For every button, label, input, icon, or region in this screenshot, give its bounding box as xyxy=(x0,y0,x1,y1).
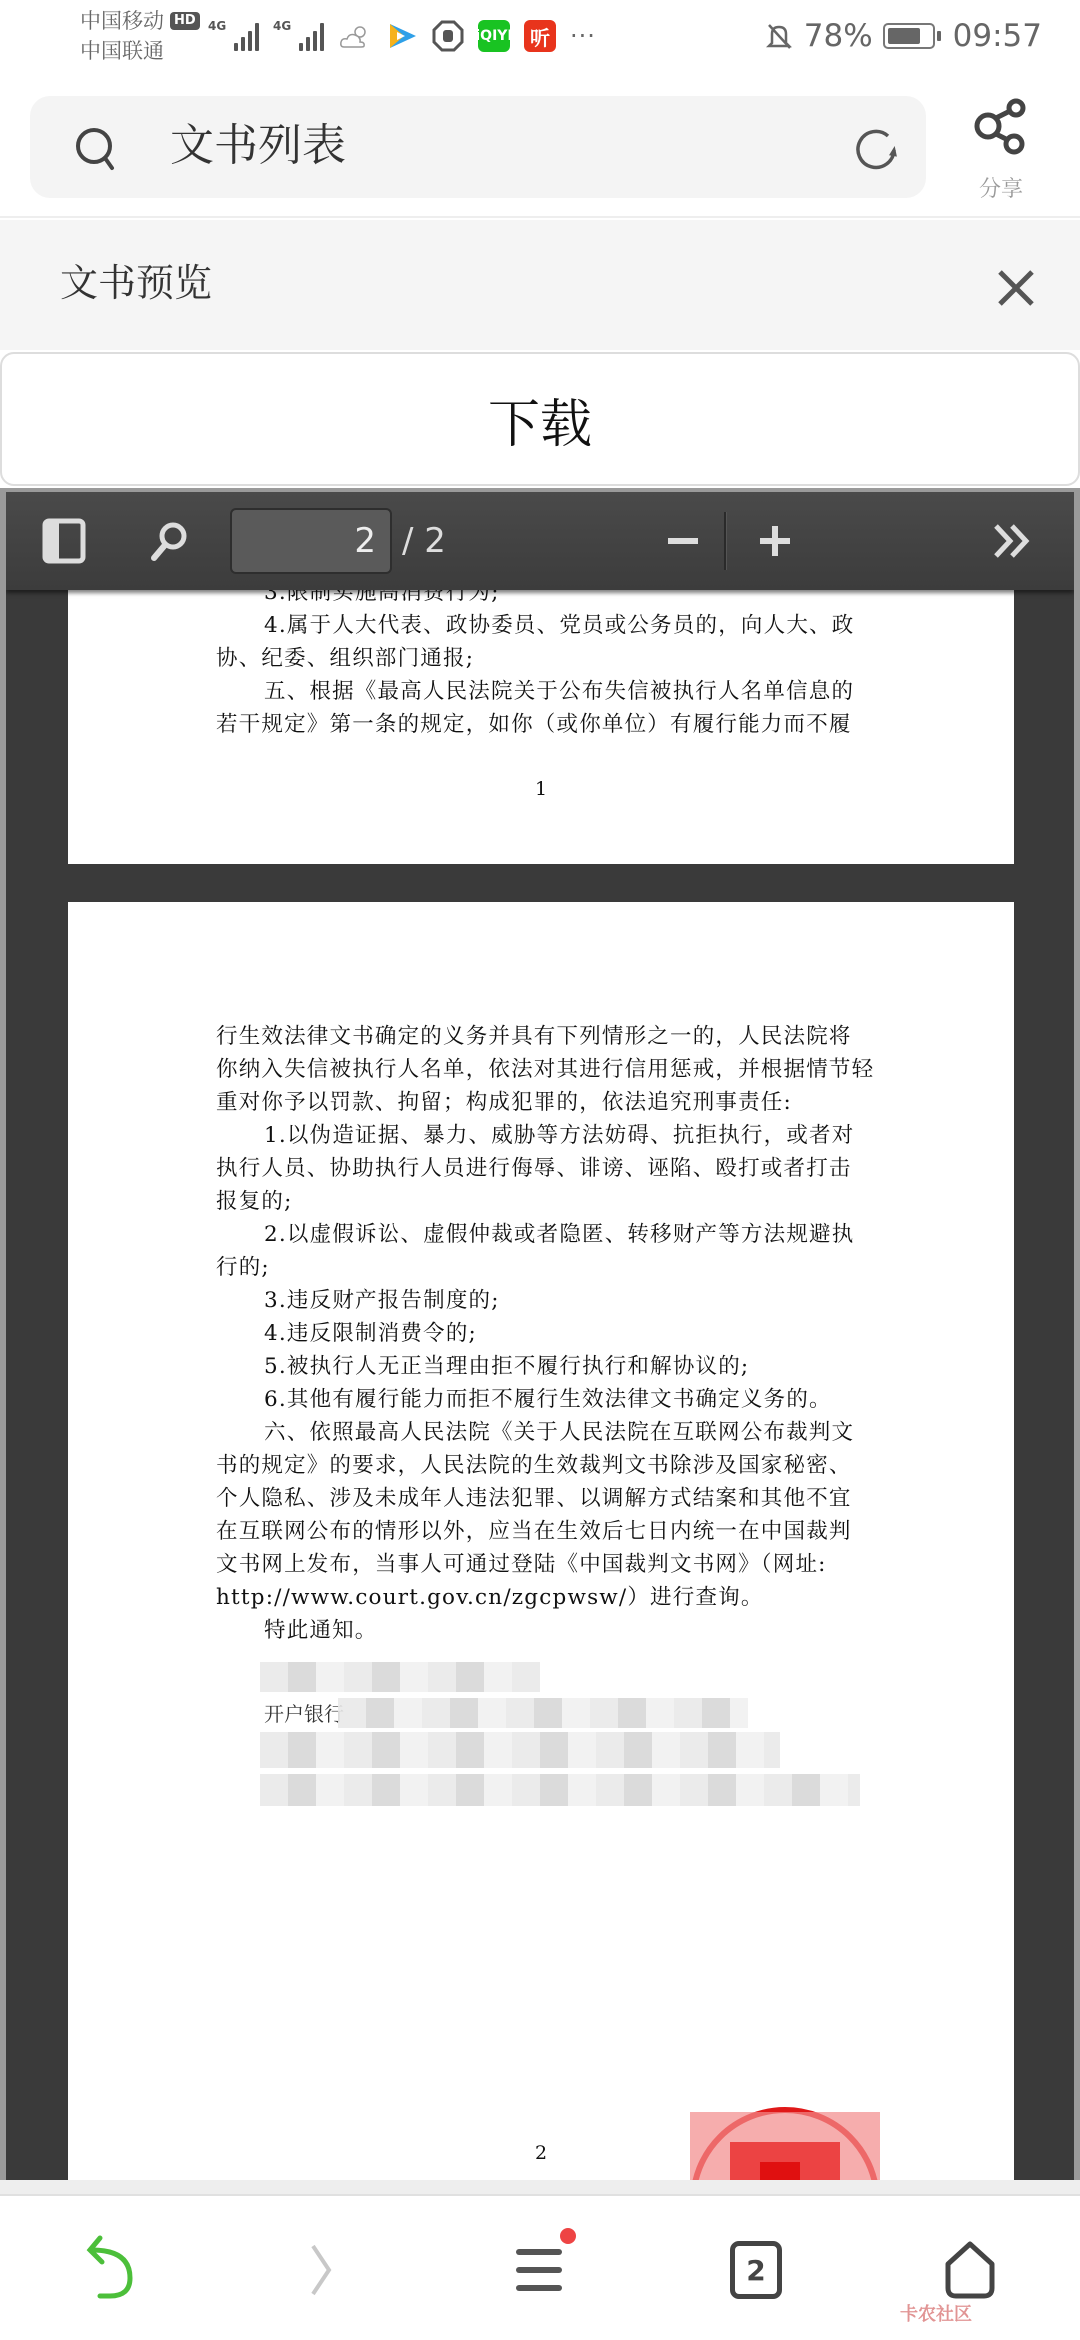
share-label: 分享 xyxy=(960,172,1042,203)
menu-button[interactable] xyxy=(504,2234,576,2306)
doc-line: 行的; xyxy=(216,1251,880,1284)
signal-2-icon: 4G xyxy=(273,21,324,51)
search-icon xyxy=(70,122,122,174)
doc-line: 在互联网公布的情形以外，应当在生效后七日内统一在中国裁判 xyxy=(216,1515,880,1548)
download-button[interactable]: 下载 xyxy=(0,352,1080,486)
hd-badge: HD xyxy=(170,12,200,30)
doc-line: 执行人员、协助执行人员进行侮辱、诽谤、诬陷、殴打或者打击 xyxy=(216,1152,880,1185)
page-total: / 2 xyxy=(402,510,446,572)
ting-icon: 听 xyxy=(524,20,556,52)
forward-button[interactable] xyxy=(286,2234,358,2306)
notification-dot xyxy=(560,2228,576,2244)
doc-line: http://www.court.gov.cn/zgcpwsw/）进行查询。 xyxy=(216,1581,880,1614)
tabs-button[interactable]: 2 xyxy=(720,2234,792,2306)
reload-button[interactable] xyxy=(850,124,902,176)
minus-icon xyxy=(660,518,706,564)
signal-1-icon: 4G xyxy=(208,21,259,51)
share-icon xyxy=(972,96,1030,158)
back-arrow-icon xyxy=(78,2234,138,2306)
double-chevron-right-icon xyxy=(990,518,1036,564)
doc-line: 5.被执行人无正当理由拒不履行执行和解协议的; xyxy=(216,1350,880,1383)
plus-icon xyxy=(752,518,798,564)
close-icon[interactable] xyxy=(992,264,1040,312)
doc-line: 4.违反限制消费令的; xyxy=(216,1317,880,1350)
doc-line: 6.其他有履行能力而拒不履行生效法律文书确定义务的。 xyxy=(216,1383,880,1416)
doc-line: 六、依照最高人民法院《关于人民法院在互联网公布裁判文 xyxy=(216,1416,880,1449)
redacted-block xyxy=(260,1662,540,1692)
iqiyi-icon: iQIYI xyxy=(478,20,510,52)
find-button[interactable] xyxy=(146,518,192,564)
redacted-block xyxy=(338,1698,748,1728)
page-title: 文书列表 xyxy=(170,118,346,174)
watermark: 卡农社区 xyxy=(900,2300,972,2326)
page-number: 1 xyxy=(68,778,1014,800)
chevron-right-icon xyxy=(307,2240,337,2300)
toggle-sidebar-button[interactable] xyxy=(42,518,86,564)
browser-address-bar: 文书列表 分享 xyxy=(0,80,1080,218)
tencent-video-icon xyxy=(386,21,418,51)
tab-count: 2 xyxy=(730,2241,782,2299)
share-button[interactable]: 分享 xyxy=(960,94,1042,210)
stop-hand-icon xyxy=(432,20,464,52)
redacted-block xyxy=(260,1732,780,1768)
doc-line: 2.以虚假诉讼、虚假仲裁或者隐匿、转移财产等方法规避执 xyxy=(216,1218,880,1251)
doc-line: 行生效法律文书确定的义务并具有下列情形之一的，人民法院将 xyxy=(216,1020,880,1053)
doc-line: 4.属于人大代表、政协委员、党员或公务员的，向人大、政 xyxy=(216,609,880,642)
official-seal-redacted xyxy=(680,2082,890,2180)
pdf-toolbar: 2 / 2 xyxy=(6,492,1074,590)
sidebar-icon xyxy=(42,518,86,564)
modal-title: 文书预览 xyxy=(60,256,212,310)
doc-line: 文书网上发布，当事人可通过登陆《中国裁判文书网》（网址: xyxy=(216,1548,880,1581)
back-button[interactable] xyxy=(72,2234,144,2306)
page-2-text: 行生效法律文书确定的义务并具有下列情形之一的，人民法院将 你纳入失信被执行人名单… xyxy=(216,1020,880,1647)
doc-line: 你纳入失信被执行人名单，依法对其进行信用惩戒，并根据情节轻 xyxy=(216,1053,880,1086)
zoom-in-button[interactable] xyxy=(752,518,798,564)
doc-line: 个人隐私、涉及未成年人违法犯罪、以调解方式结案和其他不宜 xyxy=(216,1482,880,1515)
doc-line: 书的规定》的要求，人民法院的生效裁判文书除涉及国家秘密、 xyxy=(216,1449,880,1482)
doc-line: 重对你予以罚款、拘留；构成犯罪的，依法追究刑事责任: xyxy=(216,1086,880,1119)
preview-modal-header: 文书预览 xyxy=(0,220,1080,350)
doc-line: 特此通知。 xyxy=(216,1614,880,1647)
more-notifications-icon: ··· xyxy=(570,26,596,46)
page-number: 2 xyxy=(68,2142,1014,2164)
status-bar: 中国移动 HD 中国联通 4G 4G iQIYI 听 ··· xyxy=(0,0,1080,80)
weather-cloudy-icon xyxy=(338,21,372,51)
redacted-block xyxy=(260,1774,860,1806)
doc-line: 协、纪委、组织部门通报; xyxy=(216,642,880,675)
carrier-2: 中国联通 xyxy=(80,36,164,66)
doc-line: 报复的; xyxy=(216,1185,880,1218)
clock: 09:57 xyxy=(953,18,1042,54)
page-1-text: 3.限制实施高消费行为; 4.属于人大代表、政协委员、党员或公务员的，向人大、政… xyxy=(216,576,880,741)
carrier-info: 中国移动 HD 中国联通 xyxy=(80,6,200,66)
url-field[interactable]: 文书列表 xyxy=(30,96,926,198)
battery-icon xyxy=(883,23,935,49)
mute-bell-icon xyxy=(764,21,794,51)
toolbar-divider xyxy=(724,512,727,570)
pdf-viewer: 2 / 2 3.限制实施高消费行为; 4.属于人大代表、政协委员、党员或公务员的… xyxy=(0,488,1080,2180)
carrier-1: 中国移动 xyxy=(80,6,164,36)
zoom-out-button[interactable] xyxy=(660,518,706,564)
doc-line: 3.违反财产报告制度的; xyxy=(216,1284,880,1317)
doc-line: 若干规定》第一条的规定，如你（或你单位）有履行能力而不履 xyxy=(216,708,880,741)
home-button[interactable] xyxy=(934,2234,1006,2306)
search-icon xyxy=(146,518,192,564)
battery-percent: 78% xyxy=(804,18,873,54)
pdf-page-2: 行生效法律文书确定的义务并具有下列情形之一的，人民法院将 你纳入失信被执行人名单… xyxy=(68,902,1014,2180)
content-bottom-edge xyxy=(0,2180,1080,2196)
home-icon xyxy=(942,2240,998,2300)
hamburger-menu-icon xyxy=(514,2245,566,2295)
page-number-input[interactable]: 2 xyxy=(230,508,392,574)
tools-menu-button[interactable] xyxy=(990,518,1036,564)
doc-line: 五、根据《最高人民法院关于公布失信被执行人名单信息的 xyxy=(216,675,880,708)
doc-line: 1.以伪造证据、暴力、威胁等方法妨碍、抗拒执行，或者对 xyxy=(216,1119,880,1152)
redacted-label: 开户银行 xyxy=(264,1698,344,1727)
